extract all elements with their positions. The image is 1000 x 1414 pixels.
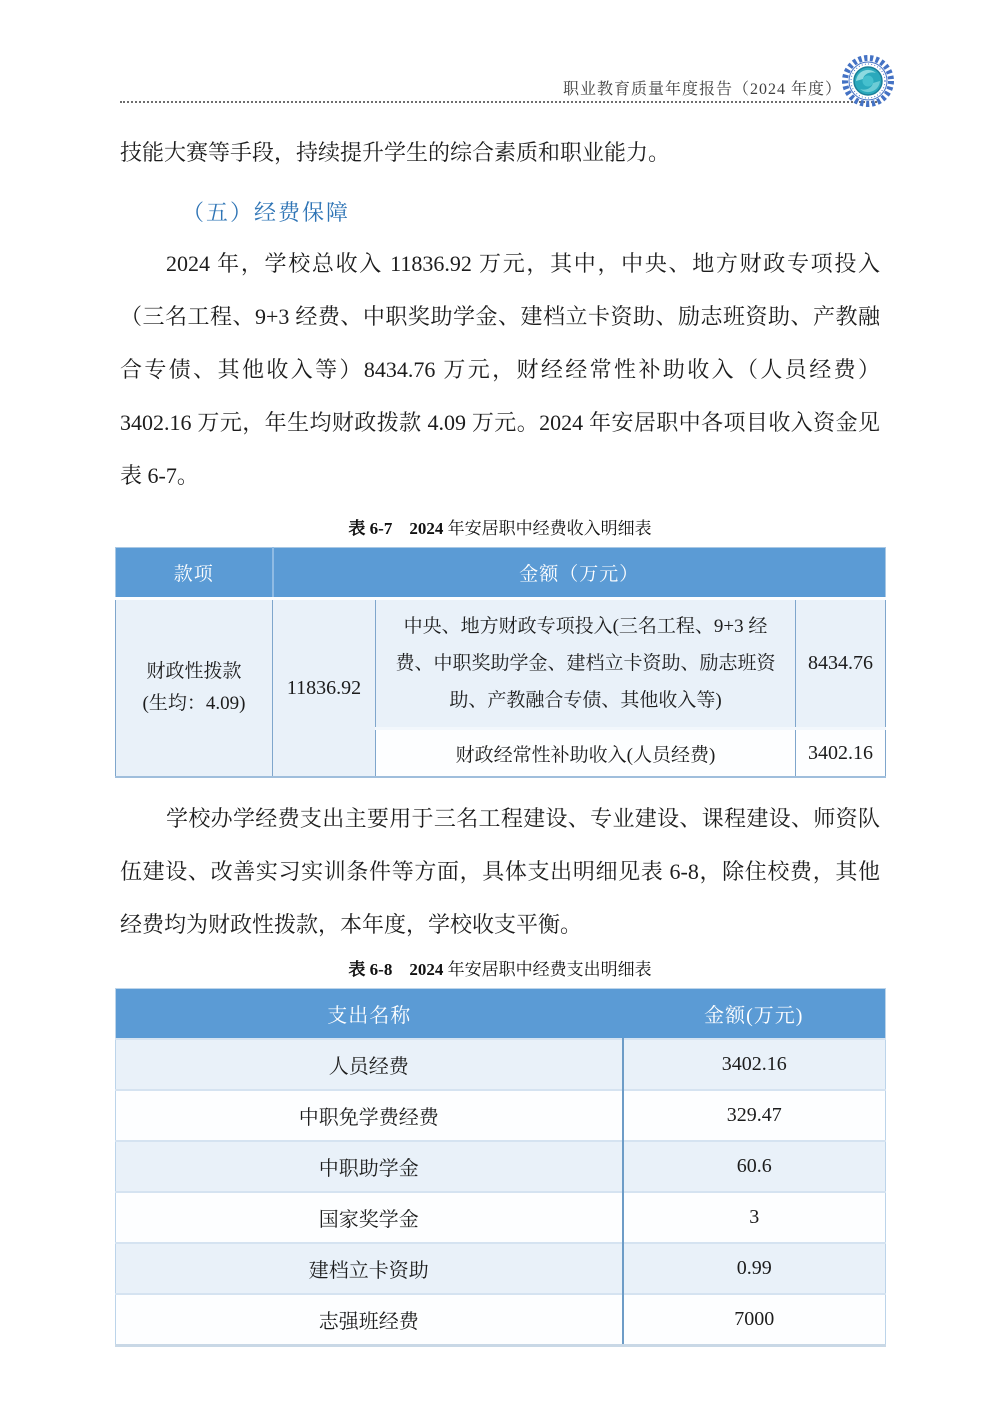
income-subitem-amount: 8434.76 [796,599,886,729]
table-6-8-caption-text: 年安居职中经费支出明细表 [443,960,651,979]
income-table-header-row: 款项 金额（万元） [116,548,886,599]
expense-amount: 3402.16 [623,1039,886,1090]
header-divider [120,101,880,103]
expense-table: 支出名称 金额(万元) 人员经费 3402.16 中职免学费经费 329.47 … [115,988,886,1347]
expense-table-row: 国家奖学金 3 [116,1192,886,1243]
section-heading-funding: （五）经费保障 [182,196,880,227]
income-item-cell: 财政性拨款 (生均：4.09) [116,599,273,778]
income-subitem-desc: 财政经常性补助收入(人员经费) [376,729,796,778]
income-table-row: 财政性拨款 (生均：4.09) 11836.92 中央、地方财政专项投入(三名工… [116,599,886,729]
expense-name: 中职免学费经费 [116,1090,623,1141]
income-subitem-desc: 中央、地方财政专项投入(三名工程、9+3 经费、中职奖助学金、建档立卡资助、励志… [376,599,796,729]
expense-table-row: 志强班经费 7000 [116,1294,886,1346]
income-column-header-item: 款项 [116,548,273,599]
expense-table-row: 中职助学金 60.6 [116,1141,886,1192]
table-6-7-caption-number: 表 6-7 2024 [348,519,443,538]
paragraph-expense: 学校办学经费支出主要用于三名工程建设、专业建设、课程建设、师资队伍建设、改善实习… [120,792,880,951]
expense-table-row: 建档立卡资助 0.99 [116,1243,886,1294]
expense-name: 中职助学金 [116,1141,623,1192]
expense-amount: 7000 [623,1294,886,1346]
expense-name: 建档立卡资助 [116,1243,623,1294]
document-body: 技能大赛等手段，持续提升学生的综合素质和职业能力。 （五）经费保障 2024 年… [120,126,880,1347]
table-6-8-caption-number: 表 6-8 2024 [348,960,443,979]
income-subitem-amount: 3402.16 [796,729,886,778]
expense-amount: 329.47 [623,1090,886,1141]
expense-amount: 3 [623,1192,886,1243]
expense-name: 人员经费 [116,1039,623,1090]
income-item-per-capita: (生均：4.09) [117,688,271,720]
paragraph-continuation: 技能大赛等手段，持续提升学生的综合素质和职业能力。 [120,136,880,170]
table-6-7-caption: 表 6-7 2024 年安居职中经费收入明细表 [120,514,880,539]
expense-name: 国家奖学金 [116,1192,623,1243]
expense-column-header-name: 支出名称 [116,989,623,1040]
table-6-7-caption-text: 年安居职中经费收入明细表 [443,519,651,538]
table-6-8-caption: 表 6-8 2024 年安居职中经费支出明细表 [120,955,880,980]
report-page: 职业教育质量年度报告（2024 年度） 技能大赛等手段，持续提升学生的综合素质和… [0,0,1000,1414]
income-item-name: 财政性拨款 [117,656,271,688]
expense-column-header-amount: 金额(万元) [623,989,886,1040]
income-column-header-amount: 金额（万元） [273,548,886,599]
expense-table-row: 中职免学费经费 329.47 [116,1090,886,1141]
expense-name: 志强班经费 [116,1294,623,1346]
expense-table-header-row: 支出名称 金额(万元) [116,989,886,1040]
expense-amount: 60.6 [623,1141,886,1192]
expense-amount: 0.99 [623,1243,886,1294]
school-emblem-icon [842,55,894,107]
paragraph-income: 2024 年，学校总收入 11836.92 万元，其中，中央、地方财政专项投入（… [120,237,880,502]
income-total-cell: 11836.92 [273,599,376,778]
income-table: 款项 金额（万元） 财政性拨款 (生均：4.09) 11836.92 中央、地方… [115,547,886,778]
page-header-title: 职业教育质量年度报告（2024 年度） [563,76,842,99]
expense-table-row: 人员经费 3402.16 [116,1039,886,1090]
